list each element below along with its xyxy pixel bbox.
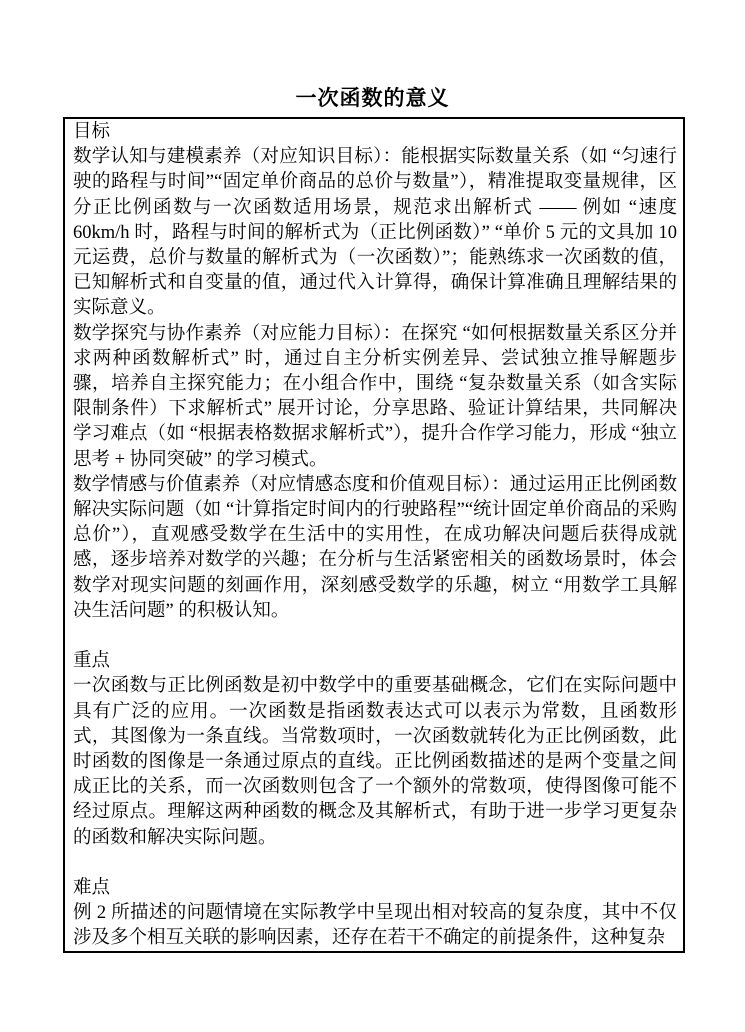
section-difficulties: 难点 例 2 所描述的问题情境在实际教学中呈现出相对较高的复杂度，其中不仅涉及多… [73, 876, 677, 952]
page-title: 一次函数的意义 [0, 82, 745, 112]
section-spacer [73, 624, 677, 649]
section-difficulties-heading: 难点 [73, 876, 677, 901]
difficulties-paragraph: 例 2 所描述的问题情境在实际教学中呈现出相对较高的复杂度，其中不仅涉及多个相互… [73, 901, 677, 951]
content-table: 目标 数学认知与建模素养（对应知识目标）：能根据实际数量关系（如 “匀速行驶的路… [63, 117, 685, 953]
goals-paragraph-cognition: 数学认知与建模素养（对应知识目标）：能根据实际数量关系（如 “匀速行驶的路程与时… [73, 145, 677, 321]
section-key-points: 重点 一次函数与正比例函数是初中数学中的重要基础概念，它们在实际问题中具有广泛的… [73, 649, 677, 851]
key-points-paragraph: 一次函数与正比例函数是初中数学中的重要基础概念，它们在实际问题中具有广泛的应用。… [73, 674, 677, 850]
section-key-points-heading: 重点 [73, 649, 677, 674]
section-goals-heading: 目标 [73, 120, 677, 145]
section-goals: 目标 数学认知与建模素养（对应知识目标）：能根据实际数量关系（如 “匀速行驶的路… [73, 120, 677, 624]
document-page: 一次函数的意义 目标 数学认知与建模素养（对应知识目标）：能根据实际数量关系（如… [0, 0, 745, 1032]
goals-paragraph-exploration: 数学探究与协作素养（对应能力目标）：在探究 “如何根据数量关系区分并求两种函数解… [73, 322, 677, 473]
goals-paragraph-values: 数学情感与价值素养（对应情感态度和价值观目标）：通过运用正比例函数解决实际问题（… [73, 473, 677, 624]
section-spacer [73, 851, 677, 876]
